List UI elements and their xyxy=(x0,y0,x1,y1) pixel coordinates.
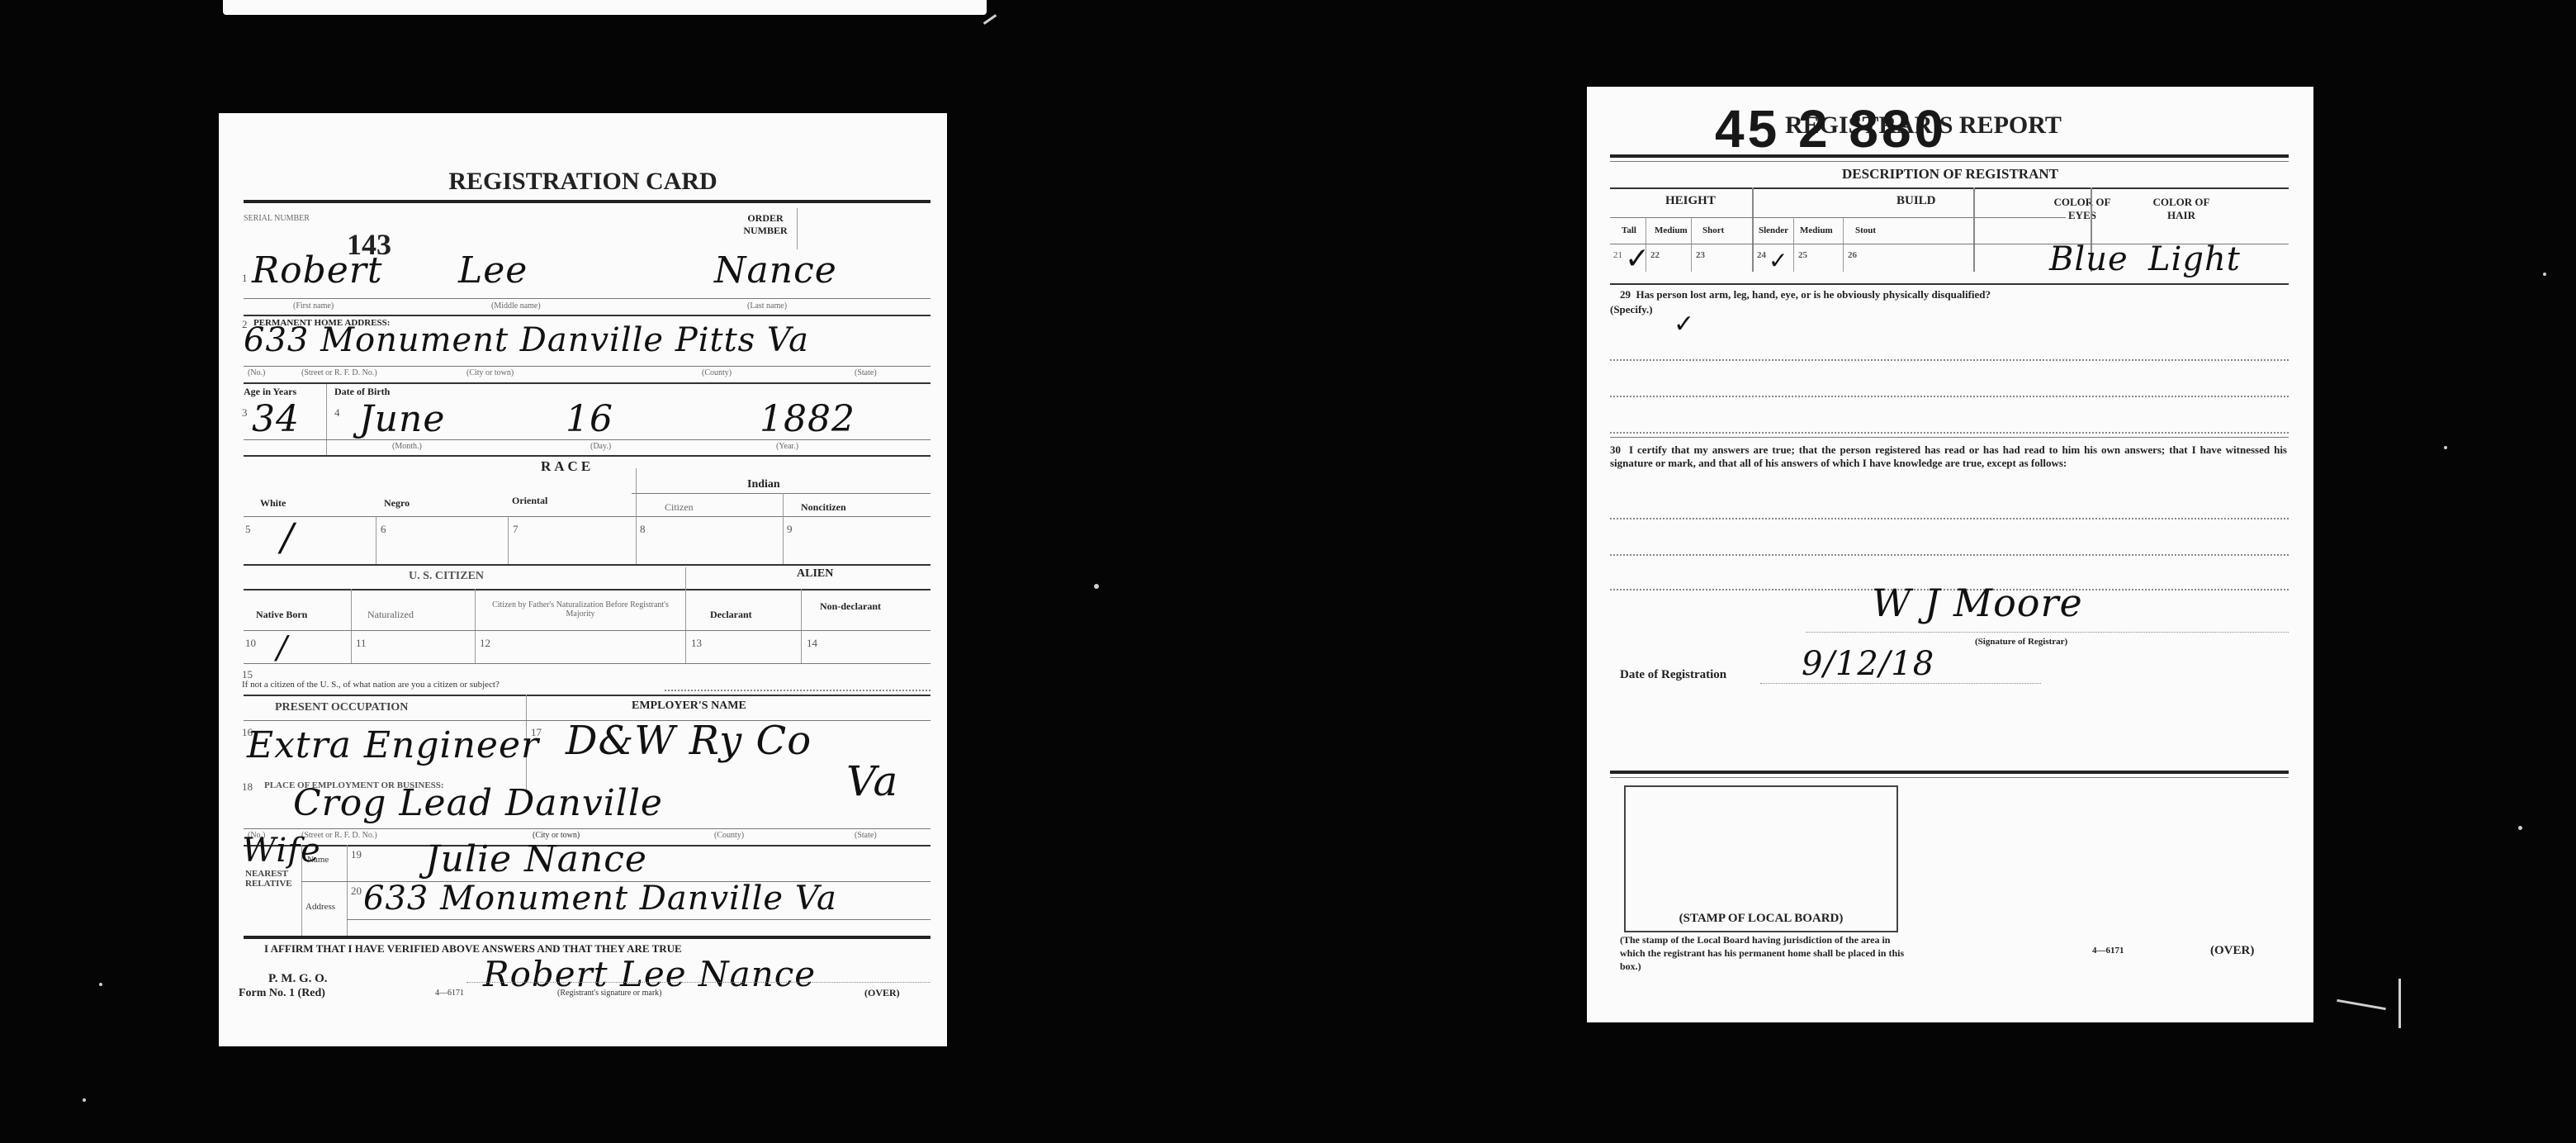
relative-name-label: Name xyxy=(307,855,329,865)
employer-label: EMPLOYER'S NAME xyxy=(632,700,746,713)
registrar-signature-caption: (Signature of Registrar) xyxy=(1975,637,2067,647)
divider xyxy=(508,516,509,564)
dob-day: 16 xyxy=(566,398,613,440)
citizen-column-fathers-naturalization: Citizen by Father's Naturalization Befor… xyxy=(481,600,680,619)
first-name: Robert xyxy=(252,249,383,292)
field-number: 4 xyxy=(334,406,340,420)
serial-stamp: 45 2 880 xyxy=(1715,98,1947,159)
divider xyxy=(1973,187,1975,272)
alien-column-declarant: Declarant xyxy=(710,609,752,621)
field-number: 23 xyxy=(1696,250,1705,260)
hair-label: COLOR OF HAIR xyxy=(2152,196,2210,222)
divider xyxy=(244,936,930,939)
field-number: 25 xyxy=(1798,250,1807,260)
over-label: (OVER) xyxy=(864,987,900,999)
field-29-mark: ✓ xyxy=(1674,310,1695,339)
eye-color-value: Blue xyxy=(2049,240,2129,278)
divider xyxy=(801,589,802,663)
previous-card-fragment xyxy=(223,0,987,15)
field-number: 21 xyxy=(1613,250,1622,260)
field-number: 10 xyxy=(245,637,256,650)
print-code: 4—6171 xyxy=(435,989,464,998)
registrar-signature: W J Moore xyxy=(1872,581,2083,625)
field-number: 18 xyxy=(242,780,253,794)
divider xyxy=(244,828,930,829)
divider xyxy=(797,208,798,249)
citizen-column-native-born: Native Born xyxy=(256,609,307,621)
age-label: Age in Years xyxy=(244,386,296,398)
nationality-question: If not a citizen of the U. S., of what n… xyxy=(242,680,500,690)
date-line xyxy=(1760,683,2041,684)
dob-label: Date of Birth xyxy=(334,386,390,398)
build-column-stout: Stout xyxy=(1855,225,1876,235)
field-number: 9 xyxy=(787,523,793,536)
form-agency: P. M. G. O. xyxy=(268,972,328,986)
divider xyxy=(244,455,930,457)
divider xyxy=(244,315,930,316)
field-29-question: 29 Has person lost arm, leg, hand, eye, … xyxy=(1620,288,1991,301)
signature-caption: (Registrant's signature or mark) xyxy=(557,989,662,998)
height-tall-mark: ✓ xyxy=(1625,242,1650,276)
height-column-short: Short xyxy=(1702,225,1724,235)
caption: (Middle name) xyxy=(491,301,541,311)
build-slender-mark: ✓ xyxy=(1769,247,1788,274)
divider xyxy=(244,663,930,664)
race-column-negro: Negro xyxy=(384,497,410,510)
nationality-answer-line xyxy=(665,690,930,691)
field-number: 26 xyxy=(1848,250,1857,260)
divider xyxy=(1793,217,1794,272)
field-number: 13 xyxy=(691,637,702,650)
answer-line xyxy=(1610,554,2289,556)
field-number: 30 xyxy=(1610,443,1621,456)
stamp-label: (STAMP OF LOCAL BOARD) xyxy=(1626,912,1896,926)
native-born-mark: / xyxy=(277,629,288,666)
divider xyxy=(244,564,930,566)
divider xyxy=(475,589,476,663)
height-label: HEIGHT xyxy=(1665,194,1716,208)
divider xyxy=(244,439,930,440)
divider xyxy=(244,382,930,384)
race-column-indian-citizen: Citizen xyxy=(665,501,694,514)
build-column-slender: Slender xyxy=(1759,225,1788,235)
occupation-label: PRESENT OCCUPATION xyxy=(275,701,408,714)
employer-value: D&W Ry Co xyxy=(566,718,812,764)
field-29-specify: (Specify.) xyxy=(1610,303,1653,316)
divider xyxy=(1610,217,2066,218)
hair-color-value: Light xyxy=(2148,240,2241,278)
registration-card: REGISTRATION CARD SERIAL NUMBER 143 ORDE… xyxy=(219,113,947,1046)
relative-address-value: 633 Monument Danville Va xyxy=(363,880,837,918)
divider xyxy=(244,630,930,631)
field-number: 17 xyxy=(531,726,542,739)
divider xyxy=(1610,154,2289,158)
dob-year: 1882 xyxy=(760,398,855,440)
field-number: 20 xyxy=(351,885,362,898)
race-column-indian-noncitizen: Noncitizen xyxy=(801,501,846,514)
height-column-tall: Tall xyxy=(1622,225,1636,235)
print-code: 4—6171 xyxy=(2092,946,2124,956)
caption: (Month.) xyxy=(392,442,422,451)
divider xyxy=(1691,217,1692,272)
divider xyxy=(244,200,930,203)
divider xyxy=(1610,437,2289,438)
local-board-stamp-box: (STAMP OF LOCAL BOARD) xyxy=(1624,785,1898,932)
caption: (Year.) xyxy=(776,442,798,451)
noise-speck xyxy=(1094,584,1099,589)
age-value: 34 xyxy=(252,398,300,440)
noise-speck xyxy=(2518,826,2522,830)
noise-streak xyxy=(983,14,997,25)
answer-line xyxy=(1610,432,2289,434)
field-number: 5 xyxy=(245,523,251,536)
race-column-oriental: Oriental xyxy=(512,495,547,507)
field-number: 11 xyxy=(356,637,367,650)
divider xyxy=(1610,771,2289,774)
serial-number-label: SERIAL NUMBER xyxy=(244,214,310,223)
caption: (No.) xyxy=(248,368,265,377)
divider xyxy=(301,845,302,936)
date-of-registration-label: Date of Registration xyxy=(1620,668,1726,682)
form-number: Form No. 1 (Red) xyxy=(239,987,325,1000)
race-white-mark: / xyxy=(281,515,295,559)
last-name: Nance xyxy=(714,249,837,292)
field-number: 29 xyxy=(1620,288,1631,301)
caption: (City or town) xyxy=(466,368,514,377)
field-30-certification: 30 I certify that my answers are true; t… xyxy=(1610,443,2287,470)
order-number-label: ORDER NUMBER xyxy=(741,212,790,237)
signature-line xyxy=(466,982,930,983)
caption: (County) xyxy=(714,831,744,840)
divider xyxy=(1610,283,2289,285)
field-number: 14 xyxy=(807,637,817,650)
noise-speck xyxy=(2444,446,2447,449)
divider xyxy=(1610,187,2289,189)
divider xyxy=(244,589,930,590)
answer-line xyxy=(1610,359,2289,361)
race-label: RACE xyxy=(541,458,594,475)
field-29-question-text: Has person lost arm, leg, hand, eye, or … xyxy=(1636,288,1991,301)
build-label: BUILD xyxy=(1896,194,1936,208)
divider xyxy=(1610,161,2289,162)
citizen-column-naturalized: Naturalized xyxy=(367,609,414,621)
caption: (Street or R. F. D. No.) xyxy=(301,368,377,377)
nearest-relative-label: NEAREST RELATIVE xyxy=(245,869,295,889)
registrar-report-card: REGISTRAR'S REPORT 45 2 880 DESCRIPTION … xyxy=(1587,87,2313,1022)
divider xyxy=(244,695,930,696)
field-number: 12 xyxy=(480,637,490,650)
race-column-white: White xyxy=(260,497,286,510)
divider xyxy=(347,919,930,920)
caption: (State) xyxy=(855,368,877,377)
build-column-medium: Medium xyxy=(1800,225,1833,235)
divider xyxy=(244,516,930,517)
divider xyxy=(1610,777,2289,778)
divider xyxy=(376,516,376,564)
field-30-text: I certify that my answers are true; that… xyxy=(1610,443,2287,469)
answer-line xyxy=(1610,518,2289,519)
divider xyxy=(326,384,327,455)
place-employment-value: Crog Lead Danville xyxy=(293,782,663,824)
noise-streak xyxy=(2398,979,2401,1028)
noise-speck xyxy=(83,1098,86,1102)
occupation-value: Extra Engineer xyxy=(247,724,539,766)
field-number: 3 xyxy=(242,406,248,420)
home-address: 633 Monument Danville Pitts Va xyxy=(244,321,809,359)
caption: (First name) xyxy=(293,301,334,311)
eyes-label: COLOR OF EYES xyxy=(2053,196,2111,222)
answer-line xyxy=(1610,396,2289,397)
noise-speck xyxy=(2543,273,2546,276)
description-label: DESCRIPTION OF REGISTRANT xyxy=(1587,166,2313,183)
divider xyxy=(351,589,352,663)
height-column-medium: Medium xyxy=(1655,225,1688,235)
date-of-registration-value: 9/12/18 xyxy=(1802,645,1934,683)
relative-name-value: Julie Nance xyxy=(425,838,647,880)
middle-name: Lee xyxy=(458,249,528,292)
stamp-note: (The stamp of the Local Board having jur… xyxy=(1620,933,1909,973)
field-number: 22 xyxy=(1650,250,1660,260)
divider xyxy=(1752,187,1754,272)
divider xyxy=(1843,217,1844,272)
divider xyxy=(685,567,686,663)
caption: (Last name) xyxy=(747,301,787,311)
us-citizen-label: U. S. CITIZEN xyxy=(409,570,484,583)
indian-label: Indian xyxy=(747,478,780,491)
divider xyxy=(244,298,930,299)
caption: (County) xyxy=(702,368,732,377)
field-number: 1 xyxy=(242,272,248,285)
field-number: 8 xyxy=(640,523,646,536)
caption: (State) xyxy=(855,831,877,840)
field-number: 6 xyxy=(381,523,386,536)
dob-month: June xyxy=(359,398,445,440)
card-title: REGISTRATION CARD xyxy=(219,168,947,196)
over-label: (OVER) xyxy=(2210,944,2254,958)
divider xyxy=(636,468,637,564)
field-number: 19 xyxy=(351,848,362,861)
field-number: 7 xyxy=(513,523,519,536)
noise-streak xyxy=(2337,999,2386,1010)
relative-address-label: Address xyxy=(305,902,335,912)
divider xyxy=(347,845,348,936)
caption: (Day.) xyxy=(590,442,611,451)
field-number: 24 xyxy=(1757,250,1766,260)
alien-column-non-declarant: Non-declarant xyxy=(817,600,883,613)
divider xyxy=(783,493,784,564)
place-employment-state: Va xyxy=(846,757,898,805)
divider xyxy=(632,493,930,494)
divider xyxy=(244,366,930,367)
alien-label: ALIEN xyxy=(797,567,833,581)
signature-line xyxy=(1806,632,2289,633)
noise-speck xyxy=(99,983,102,986)
